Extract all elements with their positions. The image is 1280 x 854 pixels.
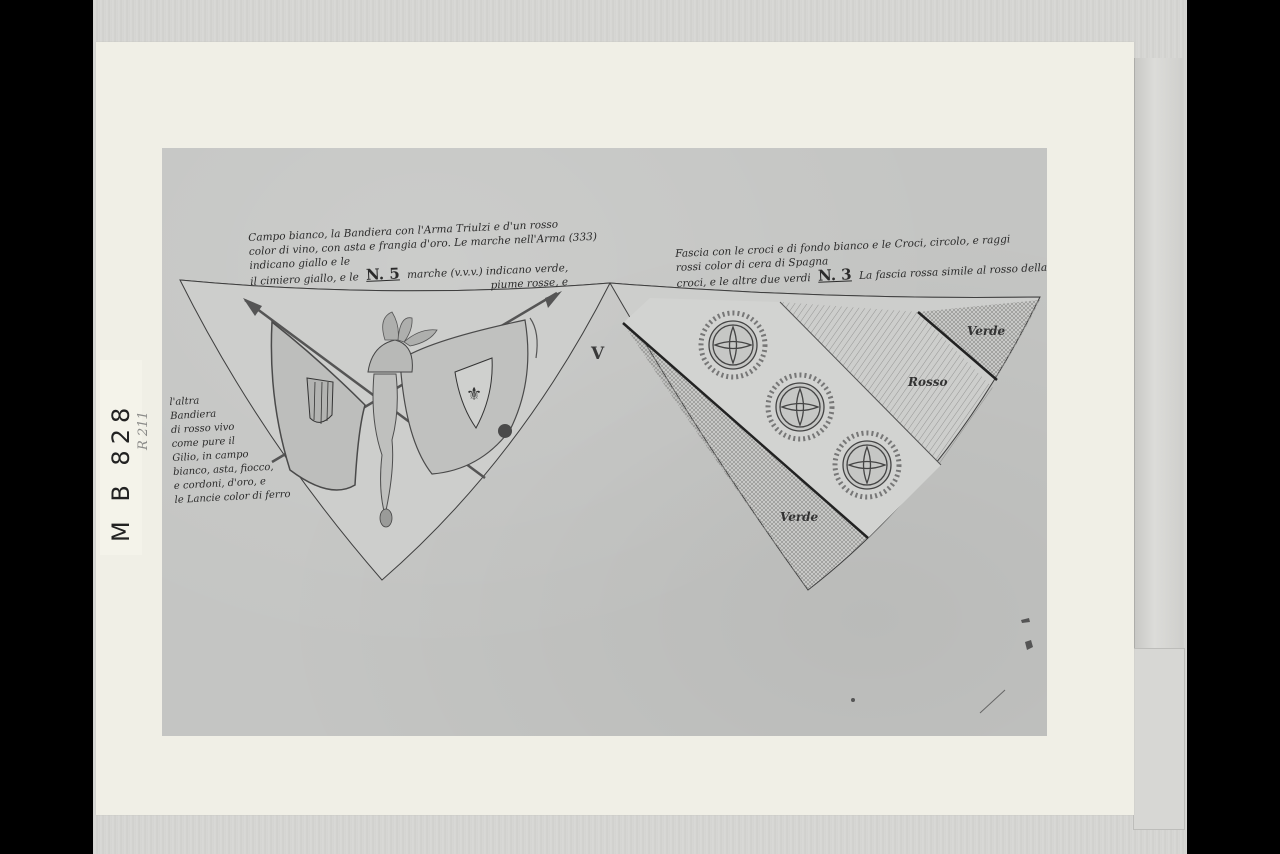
cross-wheel-icon <box>768 375 832 439</box>
cross-wheel-icon <box>835 433 899 497</box>
reference-mark: N. 3 <box>814 265 856 285</box>
tassel-icon <box>380 509 392 527</box>
field-label-rosso: Rosso <box>908 375 948 389</box>
cross-wheel-icon <box>701 313 765 377</box>
fleur-de-lis-icon: ⚜ <box>466 384 482 405</box>
left-side-note: l'altra Bandiera di rosso vivo come pure… <box>169 390 291 508</box>
ink-blot <box>498 424 512 438</box>
paper-stains <box>851 618 1033 713</box>
field-label-verde-bottom: Verde <box>780 510 818 524</box>
trivulzio-arms-shield-icon <box>307 378 333 422</box>
field-label-verde-top: Verde <box>967 324 1005 338</box>
center-mark: V <box>591 344 604 364</box>
reference-mark: N. 5 <box>362 264 404 284</box>
left-caption: Campo bianco, la Bandiera con l'Arma Tri… <box>248 216 599 303</box>
